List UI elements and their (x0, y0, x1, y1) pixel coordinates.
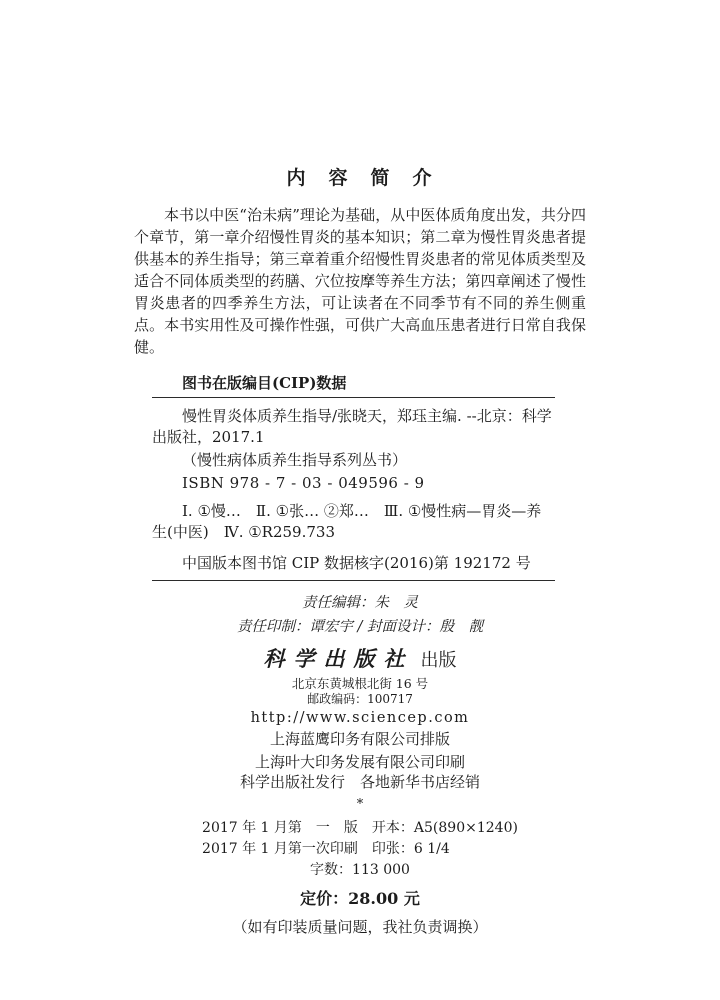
content-summary-paragraph: 本书以中医“治未病”理论为基础，从中医体质角度出发，共分四个章节，第一章介绍慢性… (134, 204, 586, 358)
production-section: 上海蓝鹰印务有限公司排版 上海叶大印务发展有限公司印刷 科学出版社发行 各地新华… (134, 730, 586, 792)
publisher-logo-line: 科学出版社 出版 (134, 646, 586, 674)
typesetting-company-line: 上海蓝鹰印务有限公司排版 (134, 730, 586, 749)
publisher-section: 科学出版社 出版 北京东黄城根北街 16 号 邮政编码：100717 http:… (134, 646, 586, 727)
publisher-postcode: 邮政编码：100717 (134, 692, 586, 706)
cip-isbn-line: ISBN 978 - 7 - 03 - 049596 - 9 (152, 473, 555, 494)
copyright-page: 内 容 简 介 本书以中医“治未病”理论为基础，从中医体质角度出发，共分四个章节… (0, 0, 720, 1000)
print-and-cover-design-line: 责任印制：谭宏宇 / 封面设计：殷 靓 (134, 617, 586, 637)
distribution-line: 科学出版社发行 各地新华书店经销 (134, 773, 586, 792)
star-divider: * (134, 798, 586, 812)
page-content: 内 容 简 介 本书以中医“治未病”理论为基础，从中医体质角度出发，共分四个章节… (134, 0, 586, 937)
publisher-url: http://www.sciencep.com (134, 709, 586, 727)
responsible-editor-line: 责任编辑：朱 灵 (134, 593, 586, 613)
cip-header: 图书在版编目(CIP)数据 (152, 373, 555, 394)
printing-company-line: 上海叶大印务发展有限公司印刷 (134, 753, 586, 772)
price-line: 定价：28.00 元 (134, 889, 586, 909)
cip-section: 图书在版编目(CIP)数据 慢性胃炎体质养生指导/张晓天，郑珏主编. --北京：… (152, 373, 555, 581)
cip-classification-line: Ⅰ. ①慢… Ⅱ. ①张… ②郑… Ⅲ. ①慢性病—胃炎—养生(中医) Ⅳ. ①… (152, 501, 555, 543)
credits-section: 责任编辑：朱 灵 责任印制：谭宏宇 / 封面设计：殷 靓 (134, 593, 586, 637)
publisher-address: 北京东黄城根北街 16 号 (134, 676, 586, 692)
publisher-logo-text: 科学出版社 (263, 646, 413, 671)
cip-book-line: 慢性胃炎体质养生指导/张晓天，郑珏主编. --北京：科学出版社，2017.1 (152, 406, 555, 448)
quality-notice-line: （如有印装质量问题，我社负责调换） (134, 918, 586, 937)
edition-block: 2017 年 1 月第 一 版 开本：A5(890×1240) 2017 年 1… (202, 818, 518, 860)
cip-body: 慢性胃炎体质养生指导/张晓天，郑珏主编. --北京：科学出版社，2017.1 （… (152, 406, 555, 574)
publisher-logo-suffix: 出版 (421, 650, 457, 671)
edition-section: 2017 年 1 月第 一 版 开本：A5(890×1240) 2017 年 1… (134, 818, 586, 881)
cip-series-line: （慢性病体质养生指导系列丛书） (152, 450, 555, 471)
cip-record-number-line: 中国版本图书馆 CIP 数据核字(2016)第 192172 号 (152, 553, 555, 574)
cip-rule-top (152, 397, 555, 398)
content-summary-title: 内 容 简 介 (134, 166, 586, 190)
cip-rule-bottom (152, 580, 555, 581)
first-printing-line: 2017 年 1 月第一次印刷 印张：6 1/4 (202, 839, 518, 860)
word-count-line: 字数：113 000 (134, 860, 586, 881)
first-edition-line: 2017 年 1 月第 一 版 开本：A5(890×1240) (202, 818, 518, 839)
